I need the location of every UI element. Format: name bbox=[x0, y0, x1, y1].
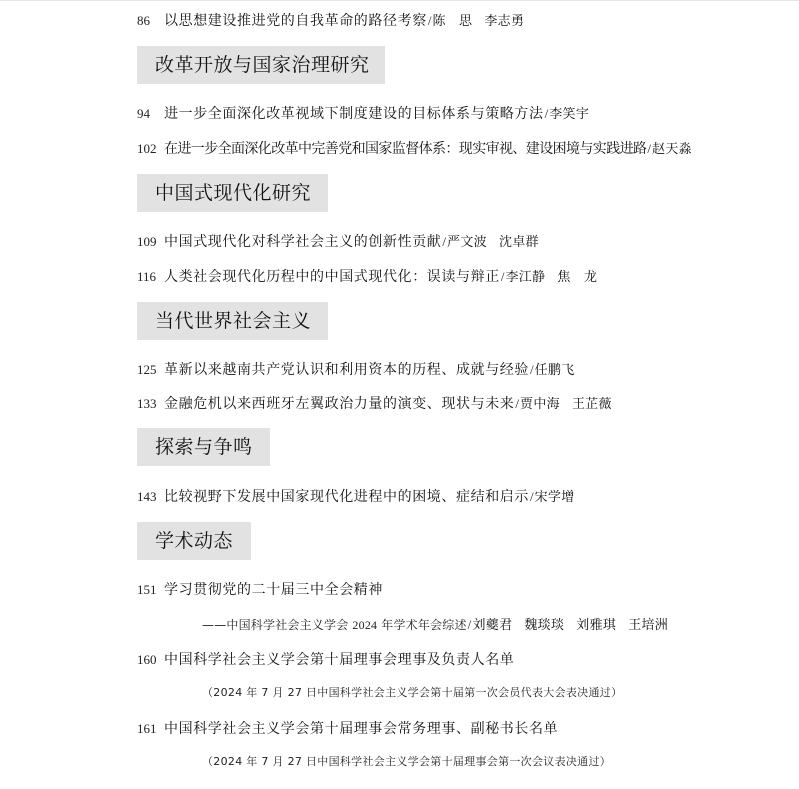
subtitle-year: 2024 bbox=[352, 618, 377, 632]
article-title: 比较视野下发展中国家现代化进程中的困境、症结和启示 bbox=[164, 486, 529, 506]
toc-entry[interactable]: 109 中国式现代化对科学社会主义的创新性贡献 / 严文波沈卓群 bbox=[137, 231, 539, 251]
article-title: 中国式现代化对科学社会主义的创新性贡献 bbox=[164, 231, 441, 251]
author: 王芷薇 bbox=[572, 397, 612, 412]
subtitle-prefix: ——中国科学社会主义学会 bbox=[202, 618, 352, 632]
author: 李志勇 bbox=[484, 14, 524, 29]
author: 沈卓群 bbox=[499, 235, 539, 250]
page-number: 116 bbox=[137, 269, 164, 285]
toc-entry[interactable]: 143 比较视野下发展中国家现代化进程中的困境、症结和启示 / 宋学增 bbox=[137, 486, 575, 506]
toc-entry[interactable]: 102 在进一步全面深化改革中完善党和国家监督体系：现实审视、建设困境与实践进路… bbox=[137, 138, 692, 158]
page-top-rule bbox=[0, 0, 799, 1]
authors: 任鹏飞 bbox=[535, 359, 575, 378]
author-separator: / bbox=[647, 141, 651, 157]
toc-entry[interactable]: 116 人类社会现代化历程中的中国式现代化：误读与辩正 / 李江静焦 龙 bbox=[137, 266, 597, 286]
author: 王培洲 bbox=[628, 618, 668, 633]
approval-note: （2024 年 7 月 27 日中国科学社会主义学会第十届理事会第一次会议表决通… bbox=[202, 753, 611, 769]
authors: 赵天淼 bbox=[652, 138, 692, 157]
authors: 严文波沈卓群 bbox=[447, 231, 539, 250]
author: 赵天淼 bbox=[652, 142, 692, 157]
author-separator: / bbox=[428, 13, 432, 29]
section-header: 学术动态 bbox=[137, 522, 251, 560]
article-title: 学习贯彻党的二十届三中全会精神 bbox=[164, 579, 383, 599]
author: 刘雅琪 bbox=[576, 618, 616, 633]
article-title: 中国科学社会主义学会第十届理事会理事及负责人名单 bbox=[164, 649, 514, 669]
page-number: 133 bbox=[137, 396, 164, 412]
authors: 陈 思李志勇 bbox=[432, 10, 524, 29]
toc-entry[interactable]: 151 学习贯彻党的二十届三中全会精神 bbox=[137, 579, 383, 599]
page-number: 86 bbox=[137, 13, 164, 29]
page-number: 94 bbox=[137, 106, 164, 122]
toc-entry[interactable]: 133 金融危机以来西班牙左翼政治力量的演变、现状与未来 / 贾中海王芷薇 bbox=[137, 393, 612, 413]
page-number: 125 bbox=[137, 362, 164, 378]
author-separator: / bbox=[468, 617, 472, 632]
author-separator: / bbox=[545, 106, 549, 122]
section-header: 中国式现代化研究 bbox=[137, 174, 328, 212]
author: 贾中海 bbox=[520, 397, 560, 412]
article-title: 革新以来越南共产党认识和利用资本的历程、成就与经验 bbox=[164, 359, 529, 379]
article-title: 在进一步全面深化改革中完善党和国家监督体系：现实审视、建设困境与实践进路 bbox=[164, 138, 646, 158]
author: 陈 思 bbox=[432, 14, 472, 29]
section-header: 探索与争鸣 bbox=[137, 428, 270, 466]
article-title: 中国科学社会主义学会第十届理事会常务理事、副秘书长名单 bbox=[164, 718, 558, 738]
authors: 宋学增 bbox=[535, 486, 575, 505]
author-separator: / bbox=[515, 396, 519, 412]
toc-entry[interactable]: 94 进一步全面深化改革视域下制度建设的目标体系与策略方法 / 李笑宇 bbox=[137, 103, 589, 123]
author: 魏琰琰 bbox=[524, 618, 564, 633]
article-title: 人类社会现代化历程中的中国式现代化：误读与辩正 bbox=[164, 266, 500, 286]
article-title: 进一步全面深化改革视域下制度建设的目标体系与策略方法 bbox=[164, 103, 544, 123]
author: 任鹏飞 bbox=[535, 363, 575, 378]
toc-entry[interactable]: 86 以思想建设推进党的自我革命的路径考察 / 陈 思李志勇 bbox=[137, 10, 524, 30]
author: 刘夔君 bbox=[472, 618, 512, 633]
author: 严文波 bbox=[447, 235, 487, 250]
page-number: 102 bbox=[137, 141, 164, 157]
authors: 李笑宇 bbox=[549, 103, 589, 122]
author-separator: / bbox=[442, 234, 446, 250]
section-header: 当代世界社会主义 bbox=[137, 302, 328, 340]
author: 李笑宇 bbox=[549, 107, 589, 122]
article-subtitle: ——中国科学社会主义学会 2024 年学术年会综述/刘夔君魏琰琰刘雅琪王培洲 bbox=[202, 614, 668, 633]
author-separator: / bbox=[530, 362, 534, 378]
page-number: 143 bbox=[137, 489, 164, 505]
toc-entry[interactable]: 160 中国科学社会主义学会第十届理事会理事及负责人名单 bbox=[137, 649, 514, 669]
article-title: 金融危机以来西班牙左翼政治力量的演变、现状与未来 bbox=[164, 393, 514, 413]
article-title: 以思想建设推进党的自我革命的路径考察 bbox=[164, 10, 427, 30]
section-header: 改革开放与国家治理研究 bbox=[137, 46, 385, 84]
page-number: 160 bbox=[137, 652, 164, 668]
author: 李江静 bbox=[505, 270, 545, 285]
author: 焦 龙 bbox=[557, 270, 597, 285]
authors: 刘夔君魏琰琰刘雅琪王培洲 bbox=[472, 618, 668, 633]
author-separator: / bbox=[501, 269, 505, 285]
authors: 李江静焦 龙 bbox=[505, 266, 597, 285]
author: 宋学增 bbox=[535, 490, 575, 505]
toc-entry[interactable]: 161 中国科学社会主义学会第十届理事会常务理事、副秘书长名单 bbox=[137, 718, 558, 738]
subtitle-suffix: 年学术年会综述 bbox=[377, 618, 466, 632]
page-number: 151 bbox=[137, 582, 164, 598]
page-number: 161 bbox=[137, 721, 164, 737]
authors: 贾中海王芷薇 bbox=[520, 393, 612, 412]
toc-entry[interactable]: 125 革新以来越南共产党认识和利用资本的历程、成就与经验 / 任鹏飞 bbox=[137, 359, 575, 379]
page-number: 109 bbox=[137, 234, 164, 250]
author-separator: / bbox=[530, 489, 534, 505]
approval-note: （2024 年 7 月 27 日中国科学社会主义学会第十届第一次会员代表大会表决… bbox=[202, 684, 622, 700]
